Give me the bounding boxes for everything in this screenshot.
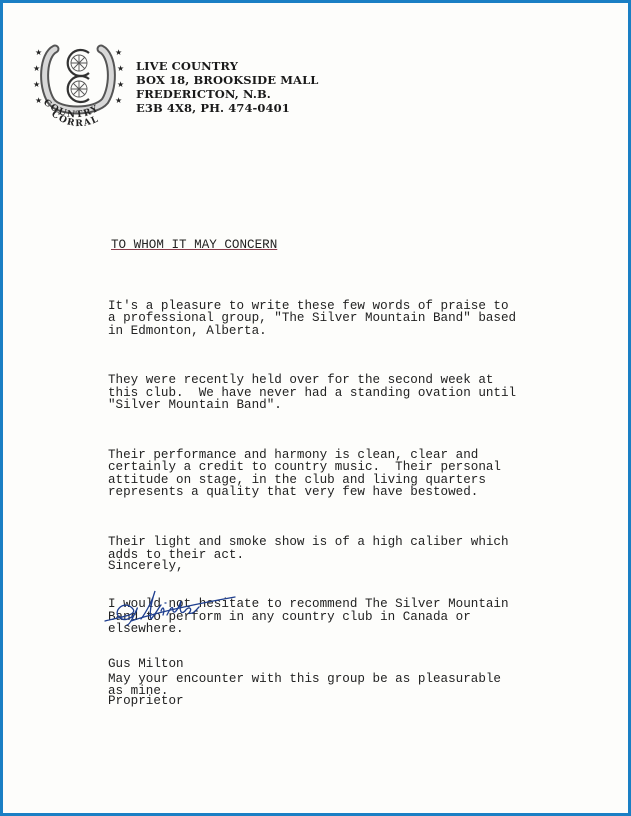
paragraph: Their light and smoke show is of a high … xyxy=(108,536,516,561)
paragraph: It's a pleasure to write these few words… xyxy=(108,300,516,337)
svg-text:★: ★ xyxy=(115,48,122,57)
letterhead-address: LIVE COUNTRY BOX 18, BROOKSIDE MALL FRED… xyxy=(136,59,318,115)
country-corral-logo-icon: ★★★★ ★★★★ COUNTRY CORRAL xyxy=(33,35,125,133)
letterhead-line: E3B 4X8, PH. 474-0401 xyxy=(136,101,318,115)
paragraph: Their performance and harmony is clean, … xyxy=(108,449,516,499)
svg-text:★: ★ xyxy=(35,96,42,105)
letter-page: ★★★★ ★★★★ COUNTRY CORRAL LIVE COUNTRY xyxy=(3,3,628,813)
closing: Sincerely, xyxy=(108,560,184,572)
signer-title: Proprietor xyxy=(108,695,184,707)
svg-text:★: ★ xyxy=(115,96,122,105)
svg-text:★: ★ xyxy=(33,80,40,89)
salutation: TO WHOM IT MAY CONCERN xyxy=(111,239,277,251)
svg-text:★: ★ xyxy=(35,48,42,57)
letterhead-line: LIVE COUNTRY xyxy=(136,59,318,73)
signer-name: Gus Milton xyxy=(108,658,184,670)
letterhead-line: BOX 18, BROOKSIDE MALL xyxy=(136,73,318,87)
signer-block: Gus Milton Proprietor xyxy=(108,633,184,732)
svg-text:★: ★ xyxy=(117,80,124,89)
svg-text:★: ★ xyxy=(33,64,40,73)
svg-text:★: ★ xyxy=(117,64,124,73)
signature-icon xyxy=(101,581,241,631)
letterhead-line: FREDERICTON, N.B. xyxy=(136,87,318,101)
paragraph: They were recently held over for the sec… xyxy=(108,374,516,411)
